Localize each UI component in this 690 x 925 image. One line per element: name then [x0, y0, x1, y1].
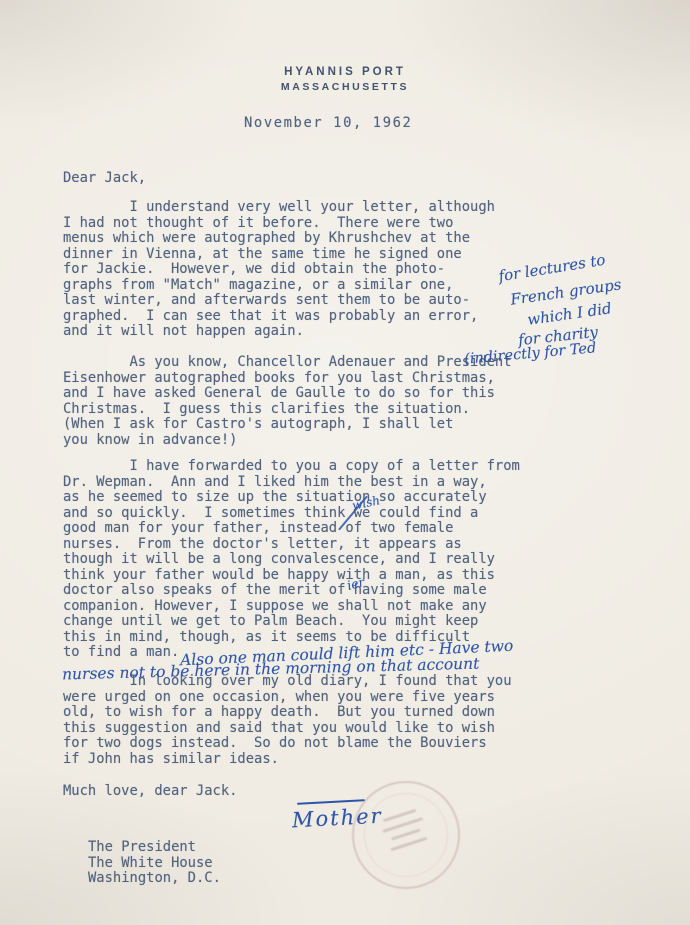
archival-stamp [338, 767, 474, 903]
closing-line: Much love, dear Jack. [63, 784, 237, 800]
paragraph-1: I understand very well your letter, alth… [63, 200, 495, 340]
letterhead: HYANNIS PORT MASSACHUSETTS [0, 66, 690, 93]
paragraph-3: I have forwarded to you a copy of a lett… [63, 459, 520, 661]
letter-date: November 10, 1962 [244, 116, 412, 132]
signature-stroke [297, 799, 365, 805]
letterhead-state: MASSACHUSETTS [0, 81, 690, 93]
paragraph-4: In looking over my old diary, I found th… [63, 674, 512, 767]
salutation: Dear Jack, [63, 171, 146, 187]
letterhead-city: HYANNIS PORT [0, 66, 690, 78]
letter-page: HYANNIS PORT MASSACHUSETTS November 10, … [0, 0, 690, 925]
recipient-address: The President The White House Washington… [88, 840, 221, 887]
paragraph-2: As you know, Chancellor Adenauer and Pre… [63, 355, 512, 448]
